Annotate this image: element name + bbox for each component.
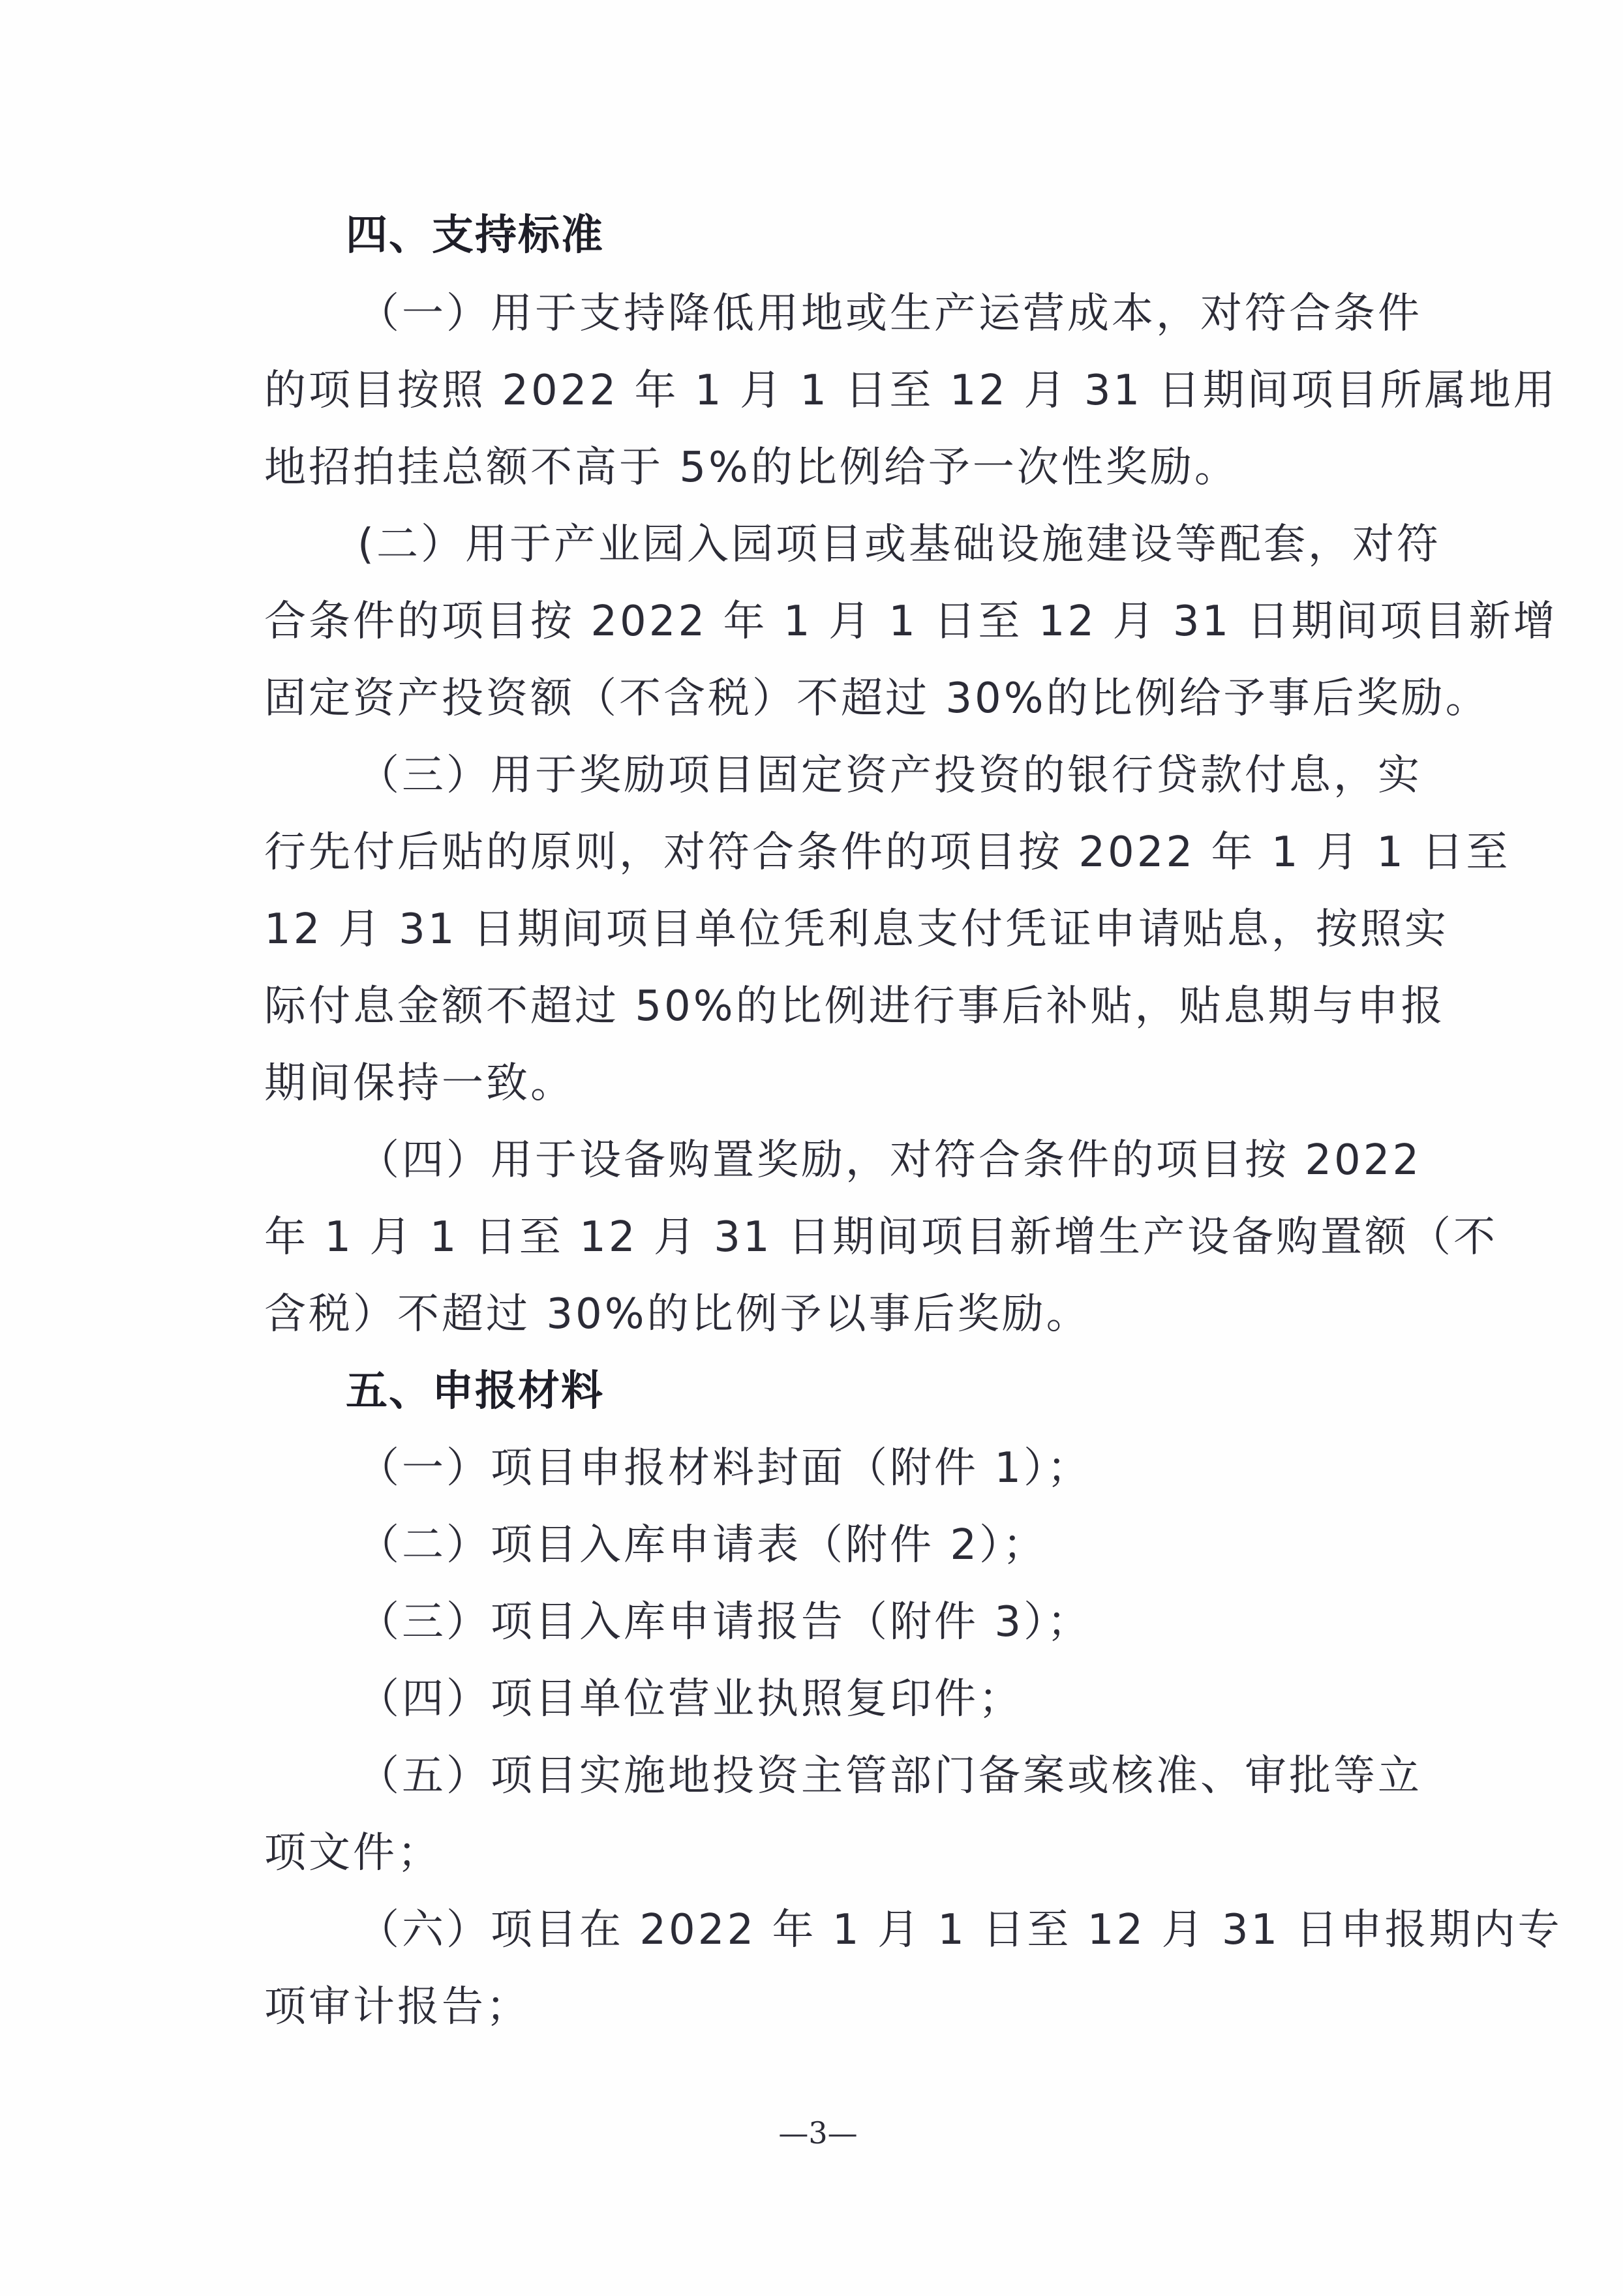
page-number: —3— — [753, 2113, 883, 2152]
paragraph-line: （三）用于奖励项目固定资产投资的银行贷款付息，实 — [357, 737, 1385, 814]
list-item-continuation: 项文件； — [264, 1815, 1385, 1892]
list-item: （二）项目入库申请表（附件 2）； — [357, 1507, 1385, 1584]
paragraph-line: 行先付后贴的原则，对符合条件的项目按 2022 年 1 月 1 日至 — [264, 814, 1385, 891]
paragraph-line: 固定资产投资额（不含税）不超过 30%的比例给予事后奖励。 — [264, 660, 1385, 737]
paragraph-line: 际付息金额不超过 50%的比例进行事后补贴，贴息期与申报 — [264, 968, 1385, 1045]
paragraph-line: 含税）不超过 30%的比例予以事后奖励。 — [264, 1276, 1385, 1353]
list-item: （六）项目在 2022 年 1 月 1 日至 12 月 31 日申报期内专 — [357, 1892, 1385, 1969]
list-item-continuation: 项审计报告； — [264, 1969, 1385, 2046]
section-heading-support-standards: 四、支持标准 — [346, 197, 1466, 274]
document-page: 四、支持标准 （一）用于支持降低用地或生产运营成本，对符合条件 的项目按照 20… — [0, 0, 1623, 2296]
paragraph-line: （一）用于支持降低用地或生产运营成本，对符合条件 — [357, 275, 1385, 352]
list-item: （五）项目实施地投资主管部门备案或核准、审批等立 — [357, 1738, 1385, 1815]
list-item: （三）项目入库申请报告（附件 3）； — [357, 1584, 1385, 1661]
list-item: （一）项目申报材料封面（附件 1）； — [357, 1430, 1385, 1507]
section-heading-application-materials: 五、申报材料 — [346, 1353, 1466, 1430]
paragraph-line: 的项目按照 2022 年 1 月 1 日至 12 月 31 日期间项目所属地用 — [264, 352, 1385, 429]
paragraph-line: 期间保持一致。 — [264, 1045, 1385, 1122]
paragraph-line: 12 月 31 日期间项目单位凭利息支付凭证申请贴息，按照实 — [264, 891, 1385, 968]
paragraph-line: 年 1 月 1 日至 12 月 31 日期间项目新增生产设备购置额（不 — [264, 1199, 1385, 1276]
paragraph-line: （四）用于设备购置奖励，对符合条件的项目按 2022 — [357, 1122, 1385, 1199]
paragraph-line: 地招拍挂总额不高于 5%的比例给予一次性奖励。 — [264, 429, 1385, 506]
paragraph-line: 合条件的项目按 2022 年 1 月 1 日至 12 月 31 日期间项目新增 — [264, 583, 1385, 660]
list-item: （四）项目单位营业执照复印件； — [357, 1661, 1385, 1738]
paragraph-line: (二）用于产业园入园项目或基础设施建设等配套，对符 — [357, 506, 1385, 583]
